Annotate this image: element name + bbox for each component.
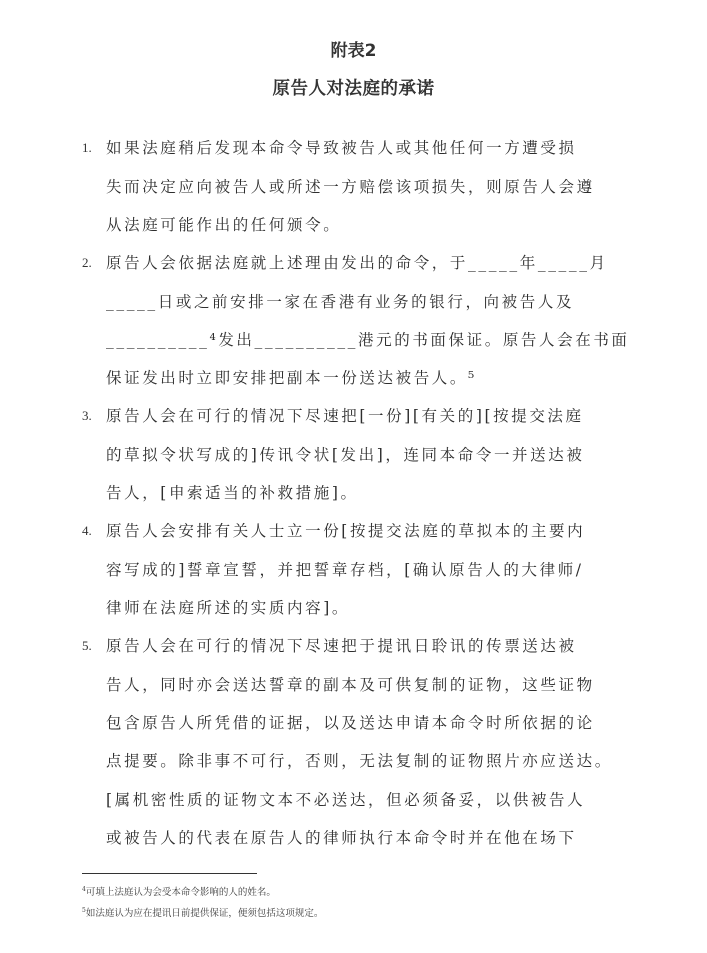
item-line: 原告人会在可行的情况下尽速把于提讯日聆讯的传票送达被 xyxy=(106,634,626,656)
item-line: _____日或之前安排一家在香港有业务的银行，向被告人及 xyxy=(106,290,626,312)
item-line: 从法庭可能作出的任何颁令。 xyxy=(106,213,626,235)
item-line: 的草拟令状写成的]传讯令状[发出]，连同本命令一并送达被 xyxy=(106,443,626,465)
footnote-4: 4可填上法庭认为会受本命令影响的人的姓名。 xyxy=(82,884,276,898)
item-line: 保证发出时立即安排把副本一份送达被告人。⁵ xyxy=(106,366,626,388)
item-line: 原告人会安排有关人士立一份[按提交法庭的草拟本的主要内 xyxy=(106,519,626,541)
footnote-text: 如法庭认为应在提讯日前提供保证，便须包括这项规定。 xyxy=(86,908,324,919)
item-number: 5. xyxy=(82,638,92,654)
item-line: 律师在法庭所述的实质内容]。 xyxy=(106,596,626,618)
item-number: 3. xyxy=(82,408,92,424)
item-line: __________⁴发出__________港元的书面保证。原告人会在书面 xyxy=(106,328,626,350)
item-line: 容写成的]誓章宣誓，并把誓章存档，[确认原告人的大律师/ xyxy=(106,558,626,580)
item-number: 2. xyxy=(82,255,92,271)
item-line: 如果法庭稍后发现本命令导致被告人或其他任何一方遭受损 xyxy=(106,136,626,158)
footnote-divider xyxy=(82,873,257,874)
item-number: 1. xyxy=(82,140,92,156)
item-line: 失而决定应向被告人或所述一方赔偿该项损失，则原告人会遵 xyxy=(106,175,626,197)
document-title: 原告人对法庭的承诺 xyxy=(0,75,707,100)
footnote-text: 可填上法庭认为会受本命令影响的人的姓名。 xyxy=(86,887,276,898)
document-page: 附表2 原告人对法庭的承诺 1. 如果法庭稍后发现本命令导致被告人或其他任何一方… xyxy=(0,0,707,953)
item-line: 或被告人的代表在原告人的律师执行本命令时并在他在场下 xyxy=(106,826,626,848)
item-line: 告人，[申索适当的补救措施]。 xyxy=(106,481,626,503)
item-line: [属机密性质的证物文本不必送达，但必须备妥，以供被告人 xyxy=(106,788,626,810)
item-line: 告人，同时亦会送达誓章的副本及可供复制的证物，这些证物 xyxy=(106,673,626,695)
item-line: 包含原告人所凭借的证据，以及送达申请本命令时所依据的论 xyxy=(106,711,626,733)
item-line: 原告人会依据法庭就上述理由发出的命令，于_____年_____月 xyxy=(106,251,626,273)
footnote-5: 5如法庭认为应在提讯日前提供保证，便须包括这项规定。 xyxy=(82,905,323,919)
item-number: 4. xyxy=(82,523,92,539)
annex-title: 附表2 xyxy=(0,36,707,61)
item-line: 点提要。除非事不可行，否则，无法复制的证物照片亦应送达。 xyxy=(106,749,626,771)
item-line: 原告人会在可行的情况下尽速把[一份][有关的][按提交法庭 xyxy=(106,404,626,426)
